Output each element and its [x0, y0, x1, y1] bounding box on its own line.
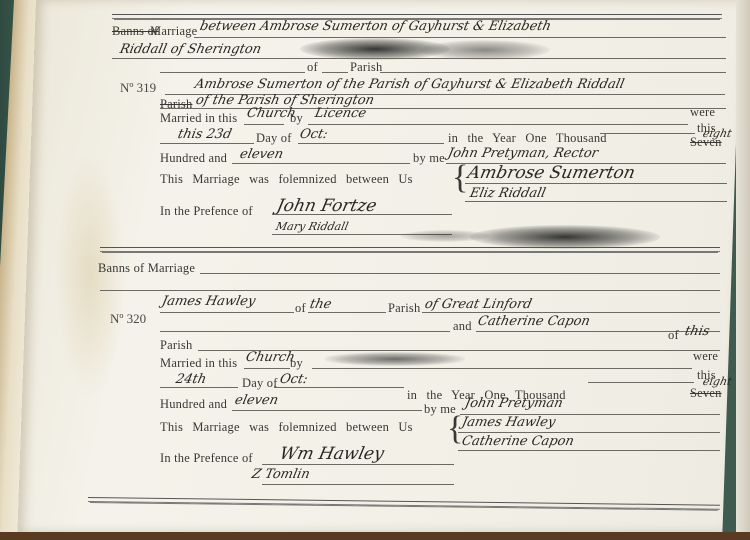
married-in-label: Married in this: [160, 111, 237, 126]
groom-name: James Hawley: [160, 294, 256, 309]
the-value: the: [308, 297, 332, 312]
rule: [160, 331, 450, 332]
rule: [274, 387, 404, 388]
solemnized-label: This Marriage was folemnized between Us: [160, 420, 413, 435]
entry-number: Nº 319: [120, 80, 156, 96]
rule: [112, 58, 726, 59]
rule: [160, 72, 305, 73]
rule: [308, 312, 386, 313]
hundred-and-label: Hundred and: [160, 397, 227, 412]
struck-parish: Parish: [160, 97, 192, 112]
rule: [476, 331, 720, 332]
by-label: by: [290, 356, 303, 371]
page-right-edge: [736, 0, 750, 540]
day-value: 24th: [174, 372, 207, 387]
rule: [465, 183, 727, 184]
parties-line: Ambrose Sumerton of the Parish of Gayhur…: [193, 77, 625, 92]
solemnized-label: This Marriage was folemnized between Us: [160, 172, 413, 187]
rule: [588, 382, 694, 383]
parish-label: Parish: [350, 60, 382, 75]
hundred-value: eleven: [238, 147, 284, 162]
month-value: Oct:: [278, 372, 309, 387]
rule: [232, 410, 422, 411]
witness2: Mary Riddall: [275, 220, 350, 233]
witness2: Z Tomlin: [250, 467, 311, 482]
rule: [232, 163, 410, 164]
ink-smudge: [400, 230, 490, 242]
rule: [200, 273, 720, 274]
entry-number: Nº 320: [110, 311, 146, 327]
rule: [298, 143, 444, 144]
rule: [262, 464, 454, 465]
banns-label: Banns of Marriage: [98, 261, 195, 276]
month-value: Oct:: [298, 127, 329, 142]
day-of-label: Day of: [242, 376, 278, 391]
rule: [422, 312, 720, 313]
rule: [600, 133, 695, 134]
table-surface: [0, 532, 750, 540]
rule: [272, 214, 452, 215]
rule: [244, 368, 290, 369]
married-in-label: Married in this: [160, 356, 237, 371]
year-label: in the Year One Thousand: [448, 131, 607, 146]
witness1: Wm Hawley: [278, 444, 386, 464]
rule: [160, 108, 726, 109]
of-label: of: [307, 60, 318, 75]
rule: [160, 387, 238, 388]
and-label: and: [453, 319, 472, 334]
officiant: John Pretyman: [463, 396, 564, 411]
marriage-label: Marriage: [150, 24, 197, 39]
were-label: were: [690, 105, 715, 120]
were-label: were: [693, 349, 718, 364]
day-value: this 23d: [176, 127, 233, 142]
rule: [244, 124, 284, 125]
by-value: Licence: [313, 106, 367, 121]
ink-smudge: [470, 225, 660, 249]
rule: [160, 312, 294, 313]
presence-label: In the Prefence of: [160, 204, 253, 219]
struck-seven: Seven: [690, 386, 722, 401]
struck-text: [325, 352, 465, 366]
party2-signature: Catherine Capon: [460, 434, 575, 449]
rule: [194, 37, 726, 38]
rule: [308, 124, 688, 125]
rule: [322, 72, 348, 73]
party1-signature: Ambrose Sumerton: [466, 163, 637, 183]
by-label: by: [290, 111, 303, 126]
presence-label: In the Prefence of: [160, 451, 253, 466]
witness1: John Fortze: [275, 196, 379, 216]
rule: [458, 432, 720, 433]
ink-smudge: [420, 40, 550, 60]
banns-hw-line2: Riddall of Sherington: [118, 42, 262, 57]
rule: [380, 72, 726, 73]
parish-label-2: Parish: [160, 338, 192, 353]
this-value: this: [683, 324, 711, 339]
bride-name: Catherine Capon: [476, 314, 591, 329]
married-place: Church: [244, 350, 296, 365]
party1-signature: James Hawley: [460, 415, 556, 430]
struck-seven: Seven: [690, 135, 722, 150]
hundred-and-label: Hundred and: [160, 151, 227, 166]
rule: [262, 484, 454, 485]
rule: [465, 201, 727, 202]
officiant: John Pretyman, Rector: [446, 146, 599, 161]
banns-hw-line1: between Ambrose Sumerton of Gayhurst & E…: [198, 19, 552, 34]
parish-label: Parish: [388, 301, 420, 316]
of-label: of: [295, 301, 306, 316]
by-me-label: by me: [413, 151, 445, 166]
of-label-2: of: [668, 328, 679, 343]
day-of-label: Day of: [256, 131, 292, 146]
rule: [312, 368, 692, 369]
rule: [100, 290, 720, 291]
party2-signature: Eliz Riddall: [468, 186, 547, 201]
rule: [160, 143, 254, 144]
hundred-value: eleven: [233, 393, 279, 408]
rule: [458, 450, 720, 451]
groom-parish: of Great Linford: [423, 297, 533, 312]
entry-divider: [100, 247, 720, 252]
